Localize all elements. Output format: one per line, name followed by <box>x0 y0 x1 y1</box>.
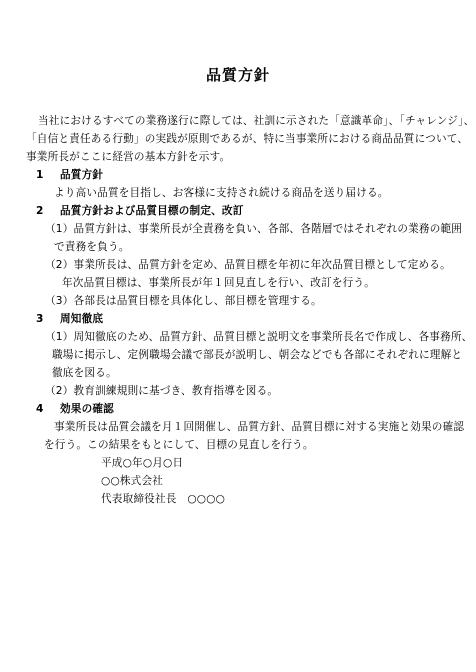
section-number: 4 <box>36 402 60 416</box>
section-3-line-3: 徹底を図る。 <box>52 366 117 380</box>
intro-line-3: 事業所長がここに経営の基本方針を示す。 <box>26 150 230 164</box>
section-title: 品質方針 <box>60 169 103 181</box>
section-4-line-1: 事業所長は品質会議を月１回開催し、品質方針、品質目標に対する実施と効果の確認 <box>54 420 464 434</box>
signature-representative: 代表取締役社長 ○○○○ <box>101 492 225 506</box>
document-page: 品質方針 当社におけるすべての業務遂行に際しては、社訓に示された「意識革命」、「… <box>0 0 476 672</box>
section-4-line-2: を行う。この結果をもとにして、目標の見直しを行う。 <box>44 438 314 452</box>
intro-line-1: 当社におけるすべての業務遂行に際しては、社訓に示された「意識革命」、「チャレンジ… <box>38 114 474 128</box>
section-number: 2 <box>36 204 60 218</box>
section-title: 効果の確認 <box>60 403 114 415</box>
document-title: 品質方針 <box>0 64 476 85</box>
section-2-line-3: （2）事業所長は、品質方針を定め、品質目標を年初に年次品質目標として定める。 <box>45 258 451 272</box>
section-title: 品質方針および品質目標の制定、改訂 <box>60 205 244 217</box>
section-2-line-4: 年次品質目標は、事業所長が年１回見直しを行い、改訂を行う。 <box>62 276 375 290</box>
section-number: 3 <box>36 312 60 326</box>
section-3-heading: 3周知徹底 <box>36 312 103 326</box>
section-3-line-2: 職場に掲示し、定例職場会議で部長が説明し、朝会などでも各部にそれぞれに理解と <box>52 348 462 362</box>
section-2-heading: 2品質方針および品質目標の制定、改訂 <box>36 204 244 218</box>
section-3-line-1: （1）周知徹底のため、品質方針、品質目標と説明文を事業所長名で作成し、各事務所、 <box>45 330 472 344</box>
section-1-heading: 1品質方針 <box>36 168 103 182</box>
section-4-heading: 4効果の確認 <box>36 402 114 416</box>
section-2-line-1: （1）品質方針は、事業所長が全責務を負い、各部、各階層ではそれぞれの業務の範囲 <box>45 222 462 236</box>
signature-company: ○○株式会社 <box>101 474 163 488</box>
section-2-line-5: （3）各部長は品質目標を具体化し、部目標を管理する。 <box>45 294 322 308</box>
section-2-line-2: で責務を負う。 <box>54 240 130 254</box>
section-3-line-4: （2）教育訓練規則に基づき、教育指導を図る。 <box>45 384 278 398</box>
section-number: 1 <box>36 168 60 182</box>
section-1-line-1: より高い品質を目指し、お客様に支持され続ける商品を送り届ける。 <box>54 186 389 200</box>
intro-line-2: 「自信と責任ある行動」の実践が原則であるが、特に当事業所における商品品質について… <box>26 132 468 146</box>
section-title: 周知徹底 <box>60 313 103 325</box>
signature-date: 平成○年○月○日 <box>101 456 183 470</box>
